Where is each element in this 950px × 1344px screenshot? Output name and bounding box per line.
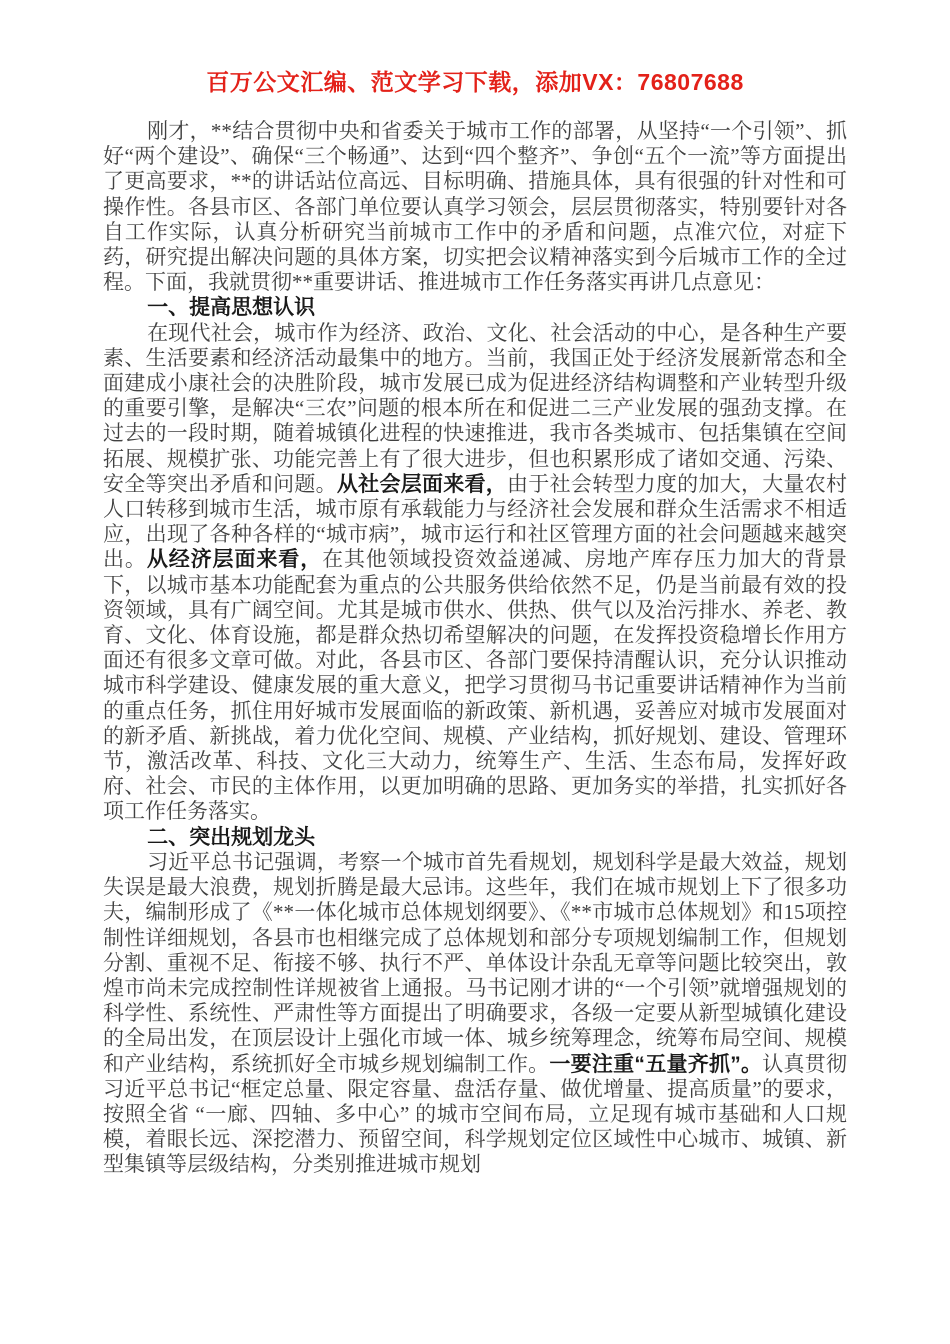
body-text: 习近平总书记强调，考察一个城市首先看规划，规划科学是最大效益，规划失误是最大浪费… [103,850,847,1076]
body-text: 在其他领域投资效益递减、房地产库存压力加大的背景下，以城市基本功能配套为重点的公… [103,547,847,823]
paragraph: 在现代社会，城市作为经济、政治、文化、社会活动的中心，是各种生产要素、生活要素和… [103,321,847,825]
emphasis-text: 从社会层面来看， [337,473,507,496]
paragraph: 刚才，**结合贯彻中央和省委关于城市工作的部署，从坚持“一个引领”、抓好“两个建… [103,119,847,295]
promo-header-text: 百万公文汇编、范文学习下载，添加VX：76807688 [206,69,744,95]
document-body: 刚才，**结合贯彻中央和省委关于城市工作的部署，从坚持“一个引领”、抓好“两个建… [103,119,847,1178]
emphasis-text: 一要注重“五量齐抓”。 [549,1053,762,1076]
section-heading: 一、提高思想认识 [103,295,847,320]
body-text: 刚才，**结合贯彻中央和省委关于城市工作的部署，从坚持“一个引领”、抓好“两个建… [103,119,847,294]
document-page: 百万公文汇编、范文学习下载，添加VX：76807688 刚才，**结合贯彻中央和… [0,0,950,1344]
section-heading: 二、突出规划龙头 [103,825,847,850]
paragraph: 习近平总书记强调，考察一个城市首先看规划，规划科学是最大效益，规划失误是最大浪费… [103,850,847,1178]
emphasis-text: 二、突出规划龙头 [147,826,315,849]
emphasis-text: 从经济层面来看， [147,548,322,571]
emphasis-text: 一、提高思想认识 [147,296,315,319]
body-text: 在现代社会，城市作为经济、政治、文化、社会活动的中心，是各种生产要素、生活要素和… [103,321,847,496]
promo-header: 百万公文汇编、范文学习下载，添加VX：76807688 [0,64,950,97]
